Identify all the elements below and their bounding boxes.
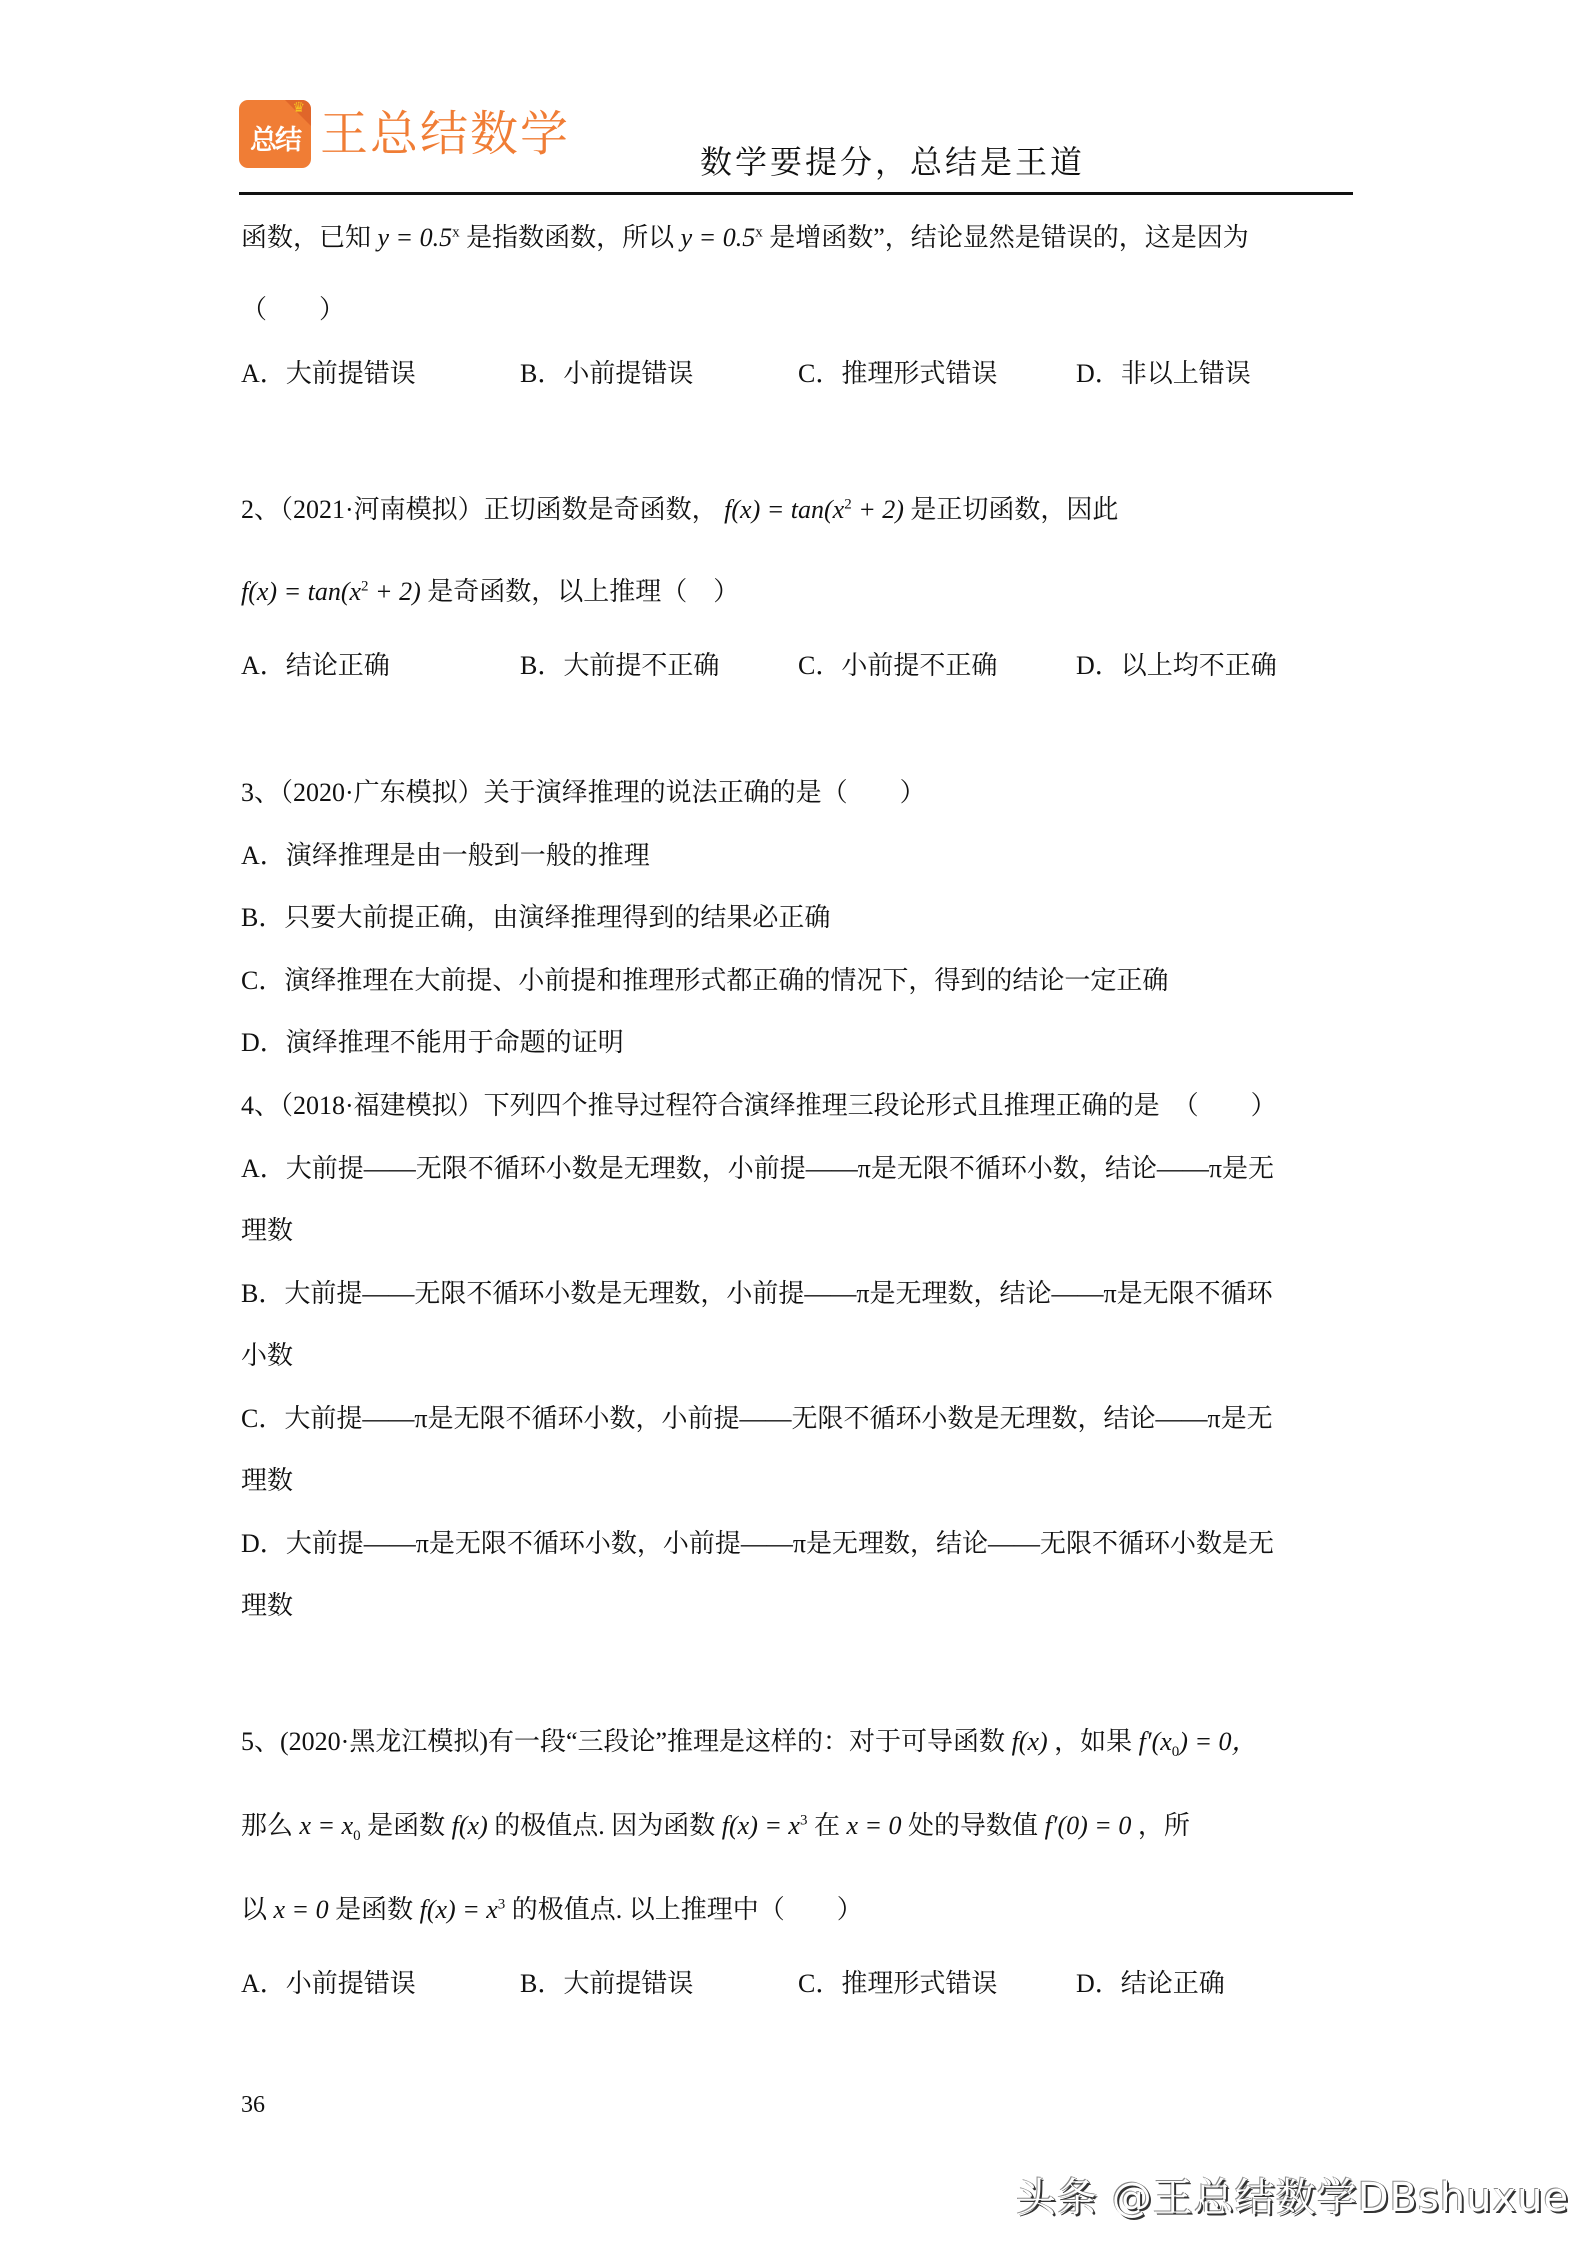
q3-option-d: D．演绎推理不能用于命题的证明 [241, 1023, 624, 1063]
text: 是正切函数，因此 [910, 495, 1118, 524]
q5-option-c: C．推理形式错误 [798, 1964, 997, 2004]
q5-stem-line3: 以 x = 0 是函数 f(x) = x3 的极值点. 以上推理中（ ） [241, 1890, 863, 1930]
logo-text: 总结 [239, 118, 311, 157]
math-sup: x [452, 224, 460, 240]
slogan: 数学要提分，总结是王道 [700, 140, 1085, 184]
math-expr: x = x [300, 1811, 354, 1840]
math-expr: y = 0.5 [378, 223, 453, 252]
q1-option-a: A．大前提错误 [241, 354, 416, 394]
q4-stem: 4、（2018·福建模拟）下列四个推导过程符合演绎推理三段论形式且推理正确的是 … [241, 1086, 1277, 1126]
text: 函数，已知 [241, 223, 371, 252]
math-expr: ) = 0， [1179, 1727, 1257, 1756]
math-expr: f(x) [452, 1811, 488, 1840]
crown-icon: ♛ [292, 102, 305, 116]
q4-option-d-line2: 理数 [241, 1586, 293, 1626]
q1-option-d: D．非以上错误 [1076, 354, 1251, 394]
math-expr: f(x) = x [722, 1811, 800, 1840]
text: 的极值点. 以上推理中（ ） [512, 1895, 863, 1924]
text: 5、(2020·黑龙江模拟)有一段“三段论”推理是这样的：对于可导函数 [241, 1727, 1005, 1756]
header-divider [239, 192, 1353, 195]
q1-option-b: B．小前提错误 [520, 354, 693, 394]
brand-name: 王总结数学 [320, 104, 570, 164]
math-expr: f(x) [1012, 1727, 1048, 1756]
text: 是奇函数，以上推理（ ） [427, 577, 739, 606]
q2-option-b: B．大前提不正确 [520, 646, 719, 686]
q4-option-b-line1: B．大前提——无限不循环小数是无理数，小前提——π是无理数，结论——π是无限不循… [241, 1274, 1273, 1314]
q5-stem-line2: 那么 x = x0 是函数 f(x) 的极值点. 因为函数 f(x) = x3 … [241, 1806, 1190, 1846]
page-number: 36 [241, 2092, 265, 2119]
q4-option-d-line1: D．大前提——π是无限不循环小数，小前提——π是无理数，结论——无限不循环小数是… [241, 1524, 1274, 1564]
logo-badge: ♛ 总结 [239, 100, 311, 168]
text: 在 [814, 1811, 840, 1840]
math-expr: f(x) = x [420, 1895, 498, 1924]
text: 处的导数值 [908, 1811, 1038, 1840]
q4-option-c-line2: 理数 [241, 1461, 293, 1501]
text: 是函数 [367, 1811, 445, 1840]
q4-option-b-line2: 小数 [241, 1336, 293, 1376]
q1-option-c: C．推理形式错误 [798, 354, 997, 394]
q4-option-c-line1: C．大前提——π是无限不循环小数，小前提——无限不循环小数是无理数，结论——π是… [241, 1399, 1273, 1439]
q1-stem-line1: 函数，已知 y = 0.5x 是指数函数，所以 y = 0.5x 是增函数”，结… [241, 218, 1249, 258]
text: 是增函数”，结论显然是错误的，这是因为 [769, 223, 1249, 252]
q2-option-c: C．小前提不正确 [798, 646, 997, 686]
text: 是指数函数，所以 [466, 223, 674, 252]
math-expr: f(x) = tan(x [241, 577, 361, 606]
q3-option-a: A．演绎推理是由一般到一般的推理 [241, 836, 650, 876]
text: 的极值点. 因为函数 [494, 1811, 715, 1840]
math-expr: x = 0 [846, 1811, 901, 1840]
text: ，如果 [1054, 1727, 1132, 1756]
math-sup: 2 [844, 496, 852, 512]
math-expr: x = 0 [274, 1895, 329, 1924]
q4-option-a-line1: A．大前提——无限不循环小数是无理数，小前提——π是无限不循环小数，结论——π是… [241, 1149, 1274, 1189]
math-expr: + 2) [369, 577, 421, 606]
math-expr: f′(0) = 0 [1045, 1811, 1132, 1840]
q5-stem-line1: 5、(2020·黑龙江模拟)有一段“三段论”推理是这样的：对于可导函数 f(x)… [241, 1722, 1258, 1762]
math-expr: f(x) = tan(x [724, 495, 844, 524]
math-sup: 3 [800, 1812, 808, 1828]
q2-option-d: D．以上均不正确 [1076, 646, 1277, 686]
q4-option-a-line2: 理数 [241, 1211, 293, 1251]
math-expr: + 2) [852, 495, 904, 524]
watermark: 头条 @王总结数学DBshuxue [1016, 2166, 1569, 2223]
q2-option-a: A．结论正确 [241, 646, 390, 686]
text: 那么 [241, 1811, 293, 1840]
text: 2、（2021·河南模拟）正切函数是奇函数， [241, 495, 718, 524]
math-sub: 0 [353, 1828, 361, 1844]
q3-option-b: B．只要大前提正确，由演绎推理得到的结果必正确 [241, 898, 830, 938]
math-expr: f′(x [1139, 1727, 1172, 1756]
text: 是函数 [335, 1895, 413, 1924]
text: ，所 [1138, 1811, 1190, 1840]
math-expr: y = 0.5 [681, 223, 756, 252]
q2-stem-line1: 2、（2021·河南模拟）正切函数是奇函数， f(x) = tan(x2 + 2… [241, 490, 1118, 530]
text: 以 [241, 1895, 267, 1924]
math-sup: 3 [498, 1896, 506, 1912]
q5-option-d: D．结论正确 [1076, 1964, 1225, 2004]
q3-stem: 3、（2020·广东模拟）关于演绎推理的说法正确的是（ ） [241, 773, 926, 813]
math-sup: 2 [361, 578, 369, 594]
q5-option-b: B．大前提错误 [520, 1964, 693, 2004]
q1-answer-blank: （ ） [241, 290, 345, 330]
q2-stem-line2: f(x) = tan(x2 + 2) 是奇函数，以上推理（ ） [241, 572, 739, 612]
q5-option-a: A．小前提错误 [241, 1964, 416, 2004]
q3-option-c: C．演绎推理在大前提、小前提和推理形式都正确的情况下，得到的结论一定正确 [241, 961, 1168, 1001]
math-sup: x [755, 224, 763, 240]
